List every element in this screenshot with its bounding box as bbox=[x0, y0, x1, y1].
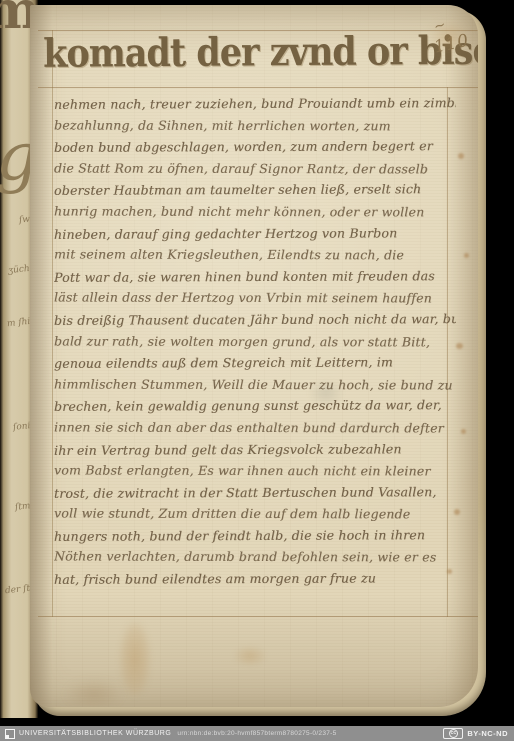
manuscript-line: boden bund abgeschlagen, worden, zum and… bbox=[54, 135, 456, 158]
page-heading-blackletter: komadt der zvnd or bischof bbox=[43, 28, 475, 77]
manuscript-line: voll wie stundt, Zum dritten die auf dem… bbox=[54, 503, 456, 526]
facing-page-fragment: der ſt bbox=[4, 584, 30, 597]
manuscript-line: hat, frisch bund eilendtes am morgen gar… bbox=[54, 567, 456, 590]
manuscript-line: himmlischen Stummen, Weill die Mauer zu … bbox=[54, 373, 456, 396]
foxing-spot bbox=[458, 153, 464, 159]
license-badge: cc BY-NC-ND bbox=[443, 726, 508, 741]
scan-viewport: ml g ſw ʒüch m ſhi ſoni ſtm der ſt komad… bbox=[0, 0, 514, 741]
foxing-spot bbox=[464, 253, 469, 258]
corner-stain bbox=[422, 13, 476, 61]
manuscript-line: bezahlunng, da Sihnen, mit herrlichen wo… bbox=[54, 114, 456, 137]
facing-page-fragment: ʒüch bbox=[8, 264, 31, 276]
foxing-spot bbox=[447, 569, 452, 574]
water-stain bbox=[226, 641, 274, 671]
manuscript-line: läst allein dass der Hertzog von Vrbin m… bbox=[54, 287, 456, 310]
manuscript-line: bald zur rath, sie wolten morgen grund, … bbox=[54, 330, 456, 353]
urn-identifier: urn:nbn:de:bvb:20-hvmf857bterm8780275-0/… bbox=[177, 726, 336, 741]
ruled-line-left-margin bbox=[52, 30, 53, 617]
manuscript-line: Pott war da, sie waren hinen bund konten… bbox=[54, 265, 456, 288]
water-stain bbox=[54, 673, 134, 707]
license-type-label: BY-NC-ND bbox=[467, 729, 508, 738]
facing-page-fragment: ſtm bbox=[14, 501, 30, 513]
manuscript-line: ihr ein Vertrag bund gelt das Kriegsvolc… bbox=[54, 438, 456, 461]
manuscript-line: hineben, darauf ging gedachter Hertzog v… bbox=[54, 222, 456, 245]
manuscript-line: hunrig machen, bund nicht mehr können, o… bbox=[54, 200, 456, 223]
manuscript-line: genoua eilendts auß dem Stegreich mit Le… bbox=[54, 351, 456, 374]
manuscript-line: trost, die zwitracht in der Statt Bertus… bbox=[54, 481, 456, 504]
library-branding: UNIVERSITÄTSBIBLIOTHEK WÜRZBURG bbox=[5, 726, 171, 741]
foxing-spot bbox=[456, 343, 463, 349]
creative-commons-icon: cc bbox=[443, 728, 463, 739]
footer-bar: UNIVERSITÄTSBIBLIOTHEK WÜRZBURG urn:nbn:… bbox=[0, 726, 514, 741]
ruled-line-below-heading bbox=[38, 87, 478, 88]
facing-page-fragment: ſoni bbox=[12, 421, 30, 433]
library-logo-icon bbox=[5, 729, 15, 739]
manuscript-line: hungers noth, bund der feindt halb, die … bbox=[54, 524, 456, 547]
manuscript-line: oberster Haubtman am taumelter sehen lie… bbox=[54, 178, 456, 201]
manuscript-line: bis dreißig Thausent ducaten Jähr bund n… bbox=[54, 308, 456, 331]
foxing-spot bbox=[461, 429, 466, 434]
manuscript-page: komadt der zvnd or bischof ~110 nehmen n… bbox=[30, 5, 478, 707]
facing-page-fragment: m ſhi bbox=[6, 317, 30, 329]
manuscript-line: Nöthen verlachten, darumb brand befohlen… bbox=[54, 546, 456, 569]
manuscript-line: mit seinem alten Kriegsleuthen, Eilendts… bbox=[54, 244, 456, 267]
ink-smudge bbox=[300, 373, 352, 413]
manuscript-line: vom Babst erlangten, Es war ihnen auch n… bbox=[54, 460, 456, 483]
facing-page-fragment: ſw bbox=[18, 214, 30, 225]
cc-circle-glyph: cc bbox=[449, 729, 458, 738]
manuscript-line: nehmen nach, treuer zuziehen, bund Proui… bbox=[54, 93, 456, 115]
ruled-line-bottom bbox=[38, 616, 478, 617]
manuscript-line: brechen, kein gewaldig genung sunst gesc… bbox=[54, 394, 456, 417]
urn-label: urn:nbn:de:bvb:20-hvmf857bterm8780275-0/… bbox=[177, 730, 336, 737]
manuscript-line: die Statt Rom zu öfnen, darauf Signor Ra… bbox=[54, 157, 456, 180]
foxing-spot bbox=[454, 509, 460, 515]
manuscript-body: nehmen nach, treuer zuziehen, bund Proui… bbox=[54, 93, 456, 605]
library-name-label: UNIVERSITÄTSBIBLIOTHEK WÜRZBURG bbox=[19, 730, 171, 737]
manuscript-line: innen sie sich dan aber das enthalten bu… bbox=[54, 416, 456, 439]
